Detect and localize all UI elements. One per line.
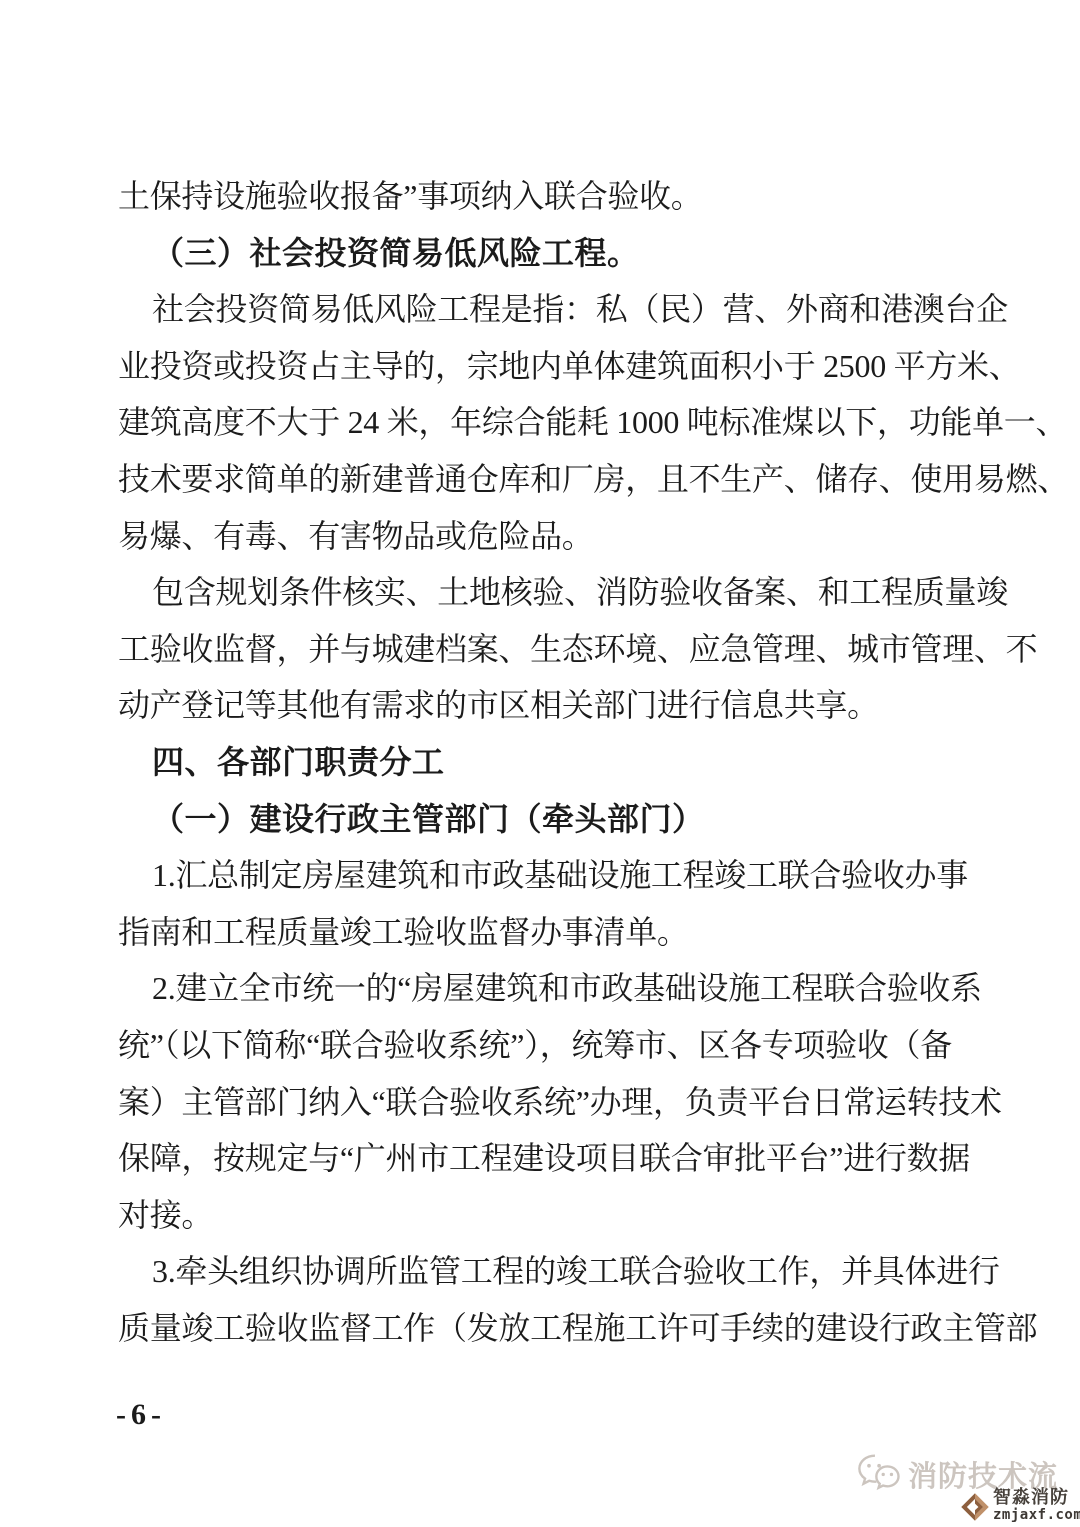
text-line: 技术要求简单的新建普通仓库和厂房，且不生产、储存、使用易燃、 — [118, 451, 1048, 508]
text-line: 土保持设施验收报备”事项纳入联合验收。 — [118, 168, 1048, 225]
text-line: 社会投资简易低风险工程是指：私（民）营、外商和港澳台企 — [118, 281, 1048, 338]
text-line: 四、各部门职责分工 — [118, 734, 1048, 791]
text-line: 对接。 — [118, 1187, 1048, 1244]
text-line: 1.汇总制定房屋建筑和市政基础设施工程竣工联合验收办事 — [118, 847, 1048, 904]
text-line: 易爆、有毒、有害物品或危险品。 — [118, 508, 1048, 565]
text-line: （三）社会投资简易低风险工程。 — [118, 225, 1048, 282]
brand-watermark-site: zmjaxf.com — [993, 1507, 1080, 1523]
brand-watermark-name: 智淼消防 — [993, 1488, 1080, 1507]
text-line: 指南和工程质量竣工验收监督办事清单。 — [118, 904, 1048, 961]
text-line: 工验收监督，并与城建档案、生态环境、应急管理、城市管理、不 — [118, 621, 1048, 678]
text-line: 质量竣工验收监督工作（发放工程施工许可手续的建设行政主管部 — [118, 1300, 1048, 1357]
text-line: 2.建立全市统一的“房屋建筑和市政基础设施工程联合验收系 — [118, 960, 1048, 1017]
text-line: 案）主管部门纳入“联合验收系统”办理，负责平台日常运转技术 — [118, 1074, 1048, 1131]
zhimiao-logo — [960, 1491, 990, 1523]
text-line: 统”（以下简称“联合验收系统”），统筹市、区各专项验收（备 — [118, 1017, 1048, 1074]
text-line: 包含规划条件核实、土地核验、消防验收备案、和工程质量竣 — [118, 564, 1048, 621]
document-body: 土保持设施验收报备”事项纳入联合验收。（三）社会投资简易低风险工程。社会投资简易… — [118, 168, 1048, 1356]
page-number: -6- — [116, 1398, 166, 1432]
text-line: 业投资或投资占主导的，宗地内单体建筑面积小于 2500 平方米、 — [118, 338, 1048, 395]
text-line: 保障，按规定与“广州市工程建设项目联合审批平台”进行数据 — [118, 1130, 1048, 1187]
wechat-icon — [856, 1452, 904, 1496]
text-line: （一）建设行政主管部门（牵头部门） — [118, 791, 1048, 848]
text-line: 动产登记等其他有需求的市区相关部门进行信息共享。 — [118, 677, 1048, 734]
text-line: 建筑高度不大于 24 米，年综合能耗 1000 吨标准煤以下，功能单一、 — [118, 394, 1048, 451]
text-line: 3.牵头组织协调所监管工程的竣工联合验收工作，并具体进行 — [118, 1243, 1048, 1300]
brand-watermark: 智淼消防 zmjaxf.com — [960, 1488, 1080, 1523]
